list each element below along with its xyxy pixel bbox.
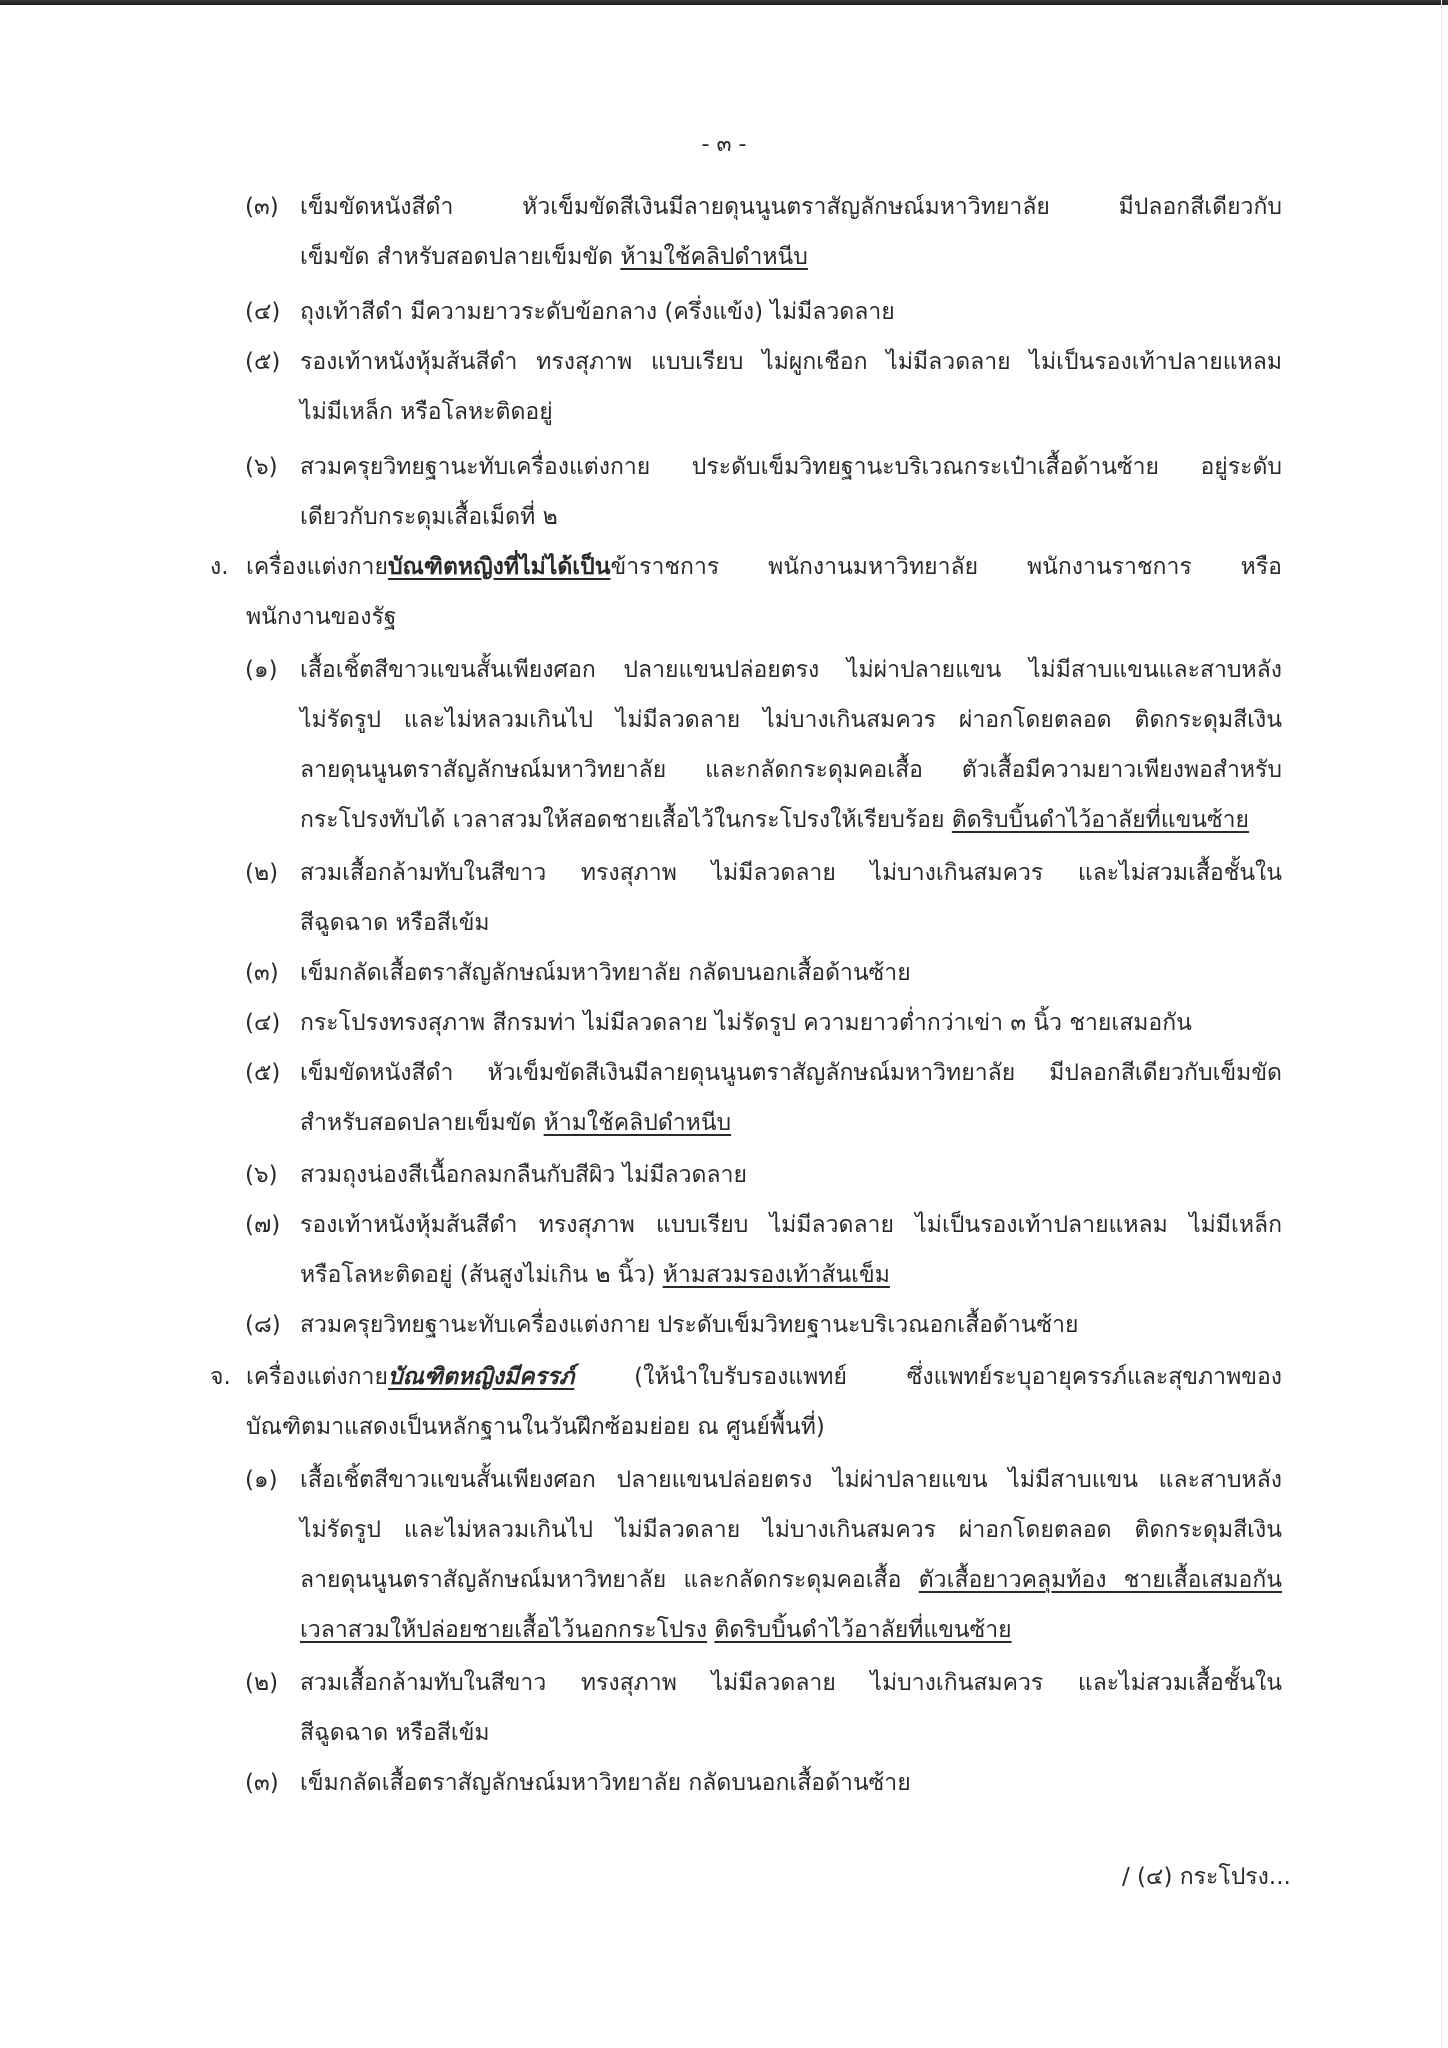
item-number: (๑) bbox=[245, 655, 278, 685]
underlined-warning: ห้ามใช้คลิปดำหนีบ bbox=[620, 244, 808, 270]
item-number: (๘) bbox=[245, 1310, 281, 1340]
item-text-part: หรือโลหะติดอยู่ (ส้นสูงไม่เกิน ๒ นิ้ว) bbox=[300, 1262, 663, 1288]
section-marker: จ. bbox=[210, 1362, 231, 1392]
item-text-part: เข็มขัด สำหรับสอดปลายเข็มขัด bbox=[300, 244, 620, 270]
item-text: ไม่รัดรูป และไม่หลวมเกินไป ไม่มีลวดลาย ไ… bbox=[300, 705, 1282, 735]
item-text: ลายดุนนูนตราสัญลักษณ์มหาวิทยาลัย และกลัด… bbox=[300, 1565, 1282, 1595]
underlined-requirement: เวลาสวมให้ปล่อยชายเสื้อไว้นอกกระโปรง bbox=[300, 1617, 707, 1643]
section-heading-prefix: เครื่องแต่งกาย bbox=[246, 554, 388, 580]
item-text: เดียวกับกระดุมเสื้อเม็ดที่ ๒ bbox=[300, 502, 558, 532]
scan-right-edge bbox=[1441, 0, 1442, 2048]
item-number: (๕) bbox=[245, 347, 280, 377]
underlined-requirement: ติดริบบิ้นดำไว้อาลัยที่แขนซ้าย bbox=[714, 1617, 1011, 1643]
item-text: เข็มขัด สำหรับสอดปลายเข็มขัด ห้ามใช้คลิป… bbox=[300, 242, 808, 272]
item-number: (๖) bbox=[245, 1160, 278, 1190]
item-text: หรือโลหะติดอยู่ (ส้นสูงไม่เกิน ๒ นิ้ว) ห… bbox=[300, 1260, 890, 1290]
item-number: (๓) bbox=[245, 958, 279, 988]
item-text: สวมเสื้อกล้ามทับในสีขาว ทรงสุภาพ ไม่มีลว… bbox=[300, 1668, 1282, 1698]
item-number: (๒) bbox=[245, 858, 278, 888]
item-number: (๔) bbox=[245, 1008, 280, 1038]
item-text: เวลาสวมให้ปล่อยชายเสื้อไว้นอกกระโปรง ติด… bbox=[300, 1615, 1012, 1645]
item-text: เข็มขัดหนังสีดำ หัวเข็มขัดสีเงินมีลายดุน… bbox=[300, 1058, 1282, 1088]
item-number: (๒) bbox=[245, 1668, 278, 1698]
item-text-part: สำหรับสอดปลายเข็มขัด bbox=[300, 1110, 544, 1136]
item-text: กระโปรงทับได้ เวลาสวมให้สอดชายเสื้อไว้ใน… bbox=[300, 805, 1249, 835]
section-marker: ง. bbox=[210, 552, 229, 582]
item-text: เสื้อเชิ้ตสีขาวแขนสั้นเพียงศอก ปลายแขนปล… bbox=[300, 655, 1282, 685]
item-text: สีฉูดฉาด หรือสีเข้ม bbox=[300, 1718, 490, 1748]
item-number: (๖) bbox=[245, 452, 278, 482]
item-number: (๓) bbox=[245, 192, 279, 222]
section-heading-line2: บัณฑิตมาแสดงเป็นหลักฐานในวันฝึกซ้อมย่อย … bbox=[246, 1412, 825, 1442]
page-continuation: / (๔) กระโปรง... bbox=[1122, 1862, 1291, 1892]
underlined-requirement: ตัวเสื้อยาวคลุมท้อง ชายเสื้อเสมอกัน bbox=[919, 1567, 1282, 1593]
item-text: สวมครุยวิทยฐานะทับเครื่องแต่งกาย ประดับเ… bbox=[300, 452, 1282, 482]
item-text: สวมครุยวิทยฐานะทับเครื่องแต่งกาย ประดับเ… bbox=[300, 1310, 1079, 1340]
item-text: ไม่รัดรูป และไม่หลวมเกินไป ไม่มีลวดลาย ไ… bbox=[300, 1515, 1282, 1545]
section-heading: เครื่องแต่งกายบัณฑิตหญิงมีครรภ์ (ให้นำใบ… bbox=[246, 1362, 1282, 1392]
item-text: ไม่มีเหล็ก หรือโลหะติดอยู่ bbox=[300, 397, 553, 427]
page-number: - ๓ - bbox=[0, 131, 1448, 159]
item-text: รองเท้าหนังหุ้มส้นสีดำ ทรงสุภาพ แบบเรียบ… bbox=[300, 347, 1282, 377]
section-heading-line2: พนักงานของรัฐ bbox=[246, 602, 397, 632]
item-text: สำหรับสอดปลายเข็มขัด ห้ามใช้คลิปดำหนีบ bbox=[300, 1108, 731, 1138]
item-text: สวมถุงน่องสีเนื้อกลมกลืนกับสีผิว ไม่มีลว… bbox=[300, 1160, 747, 1190]
item-number: (๔) bbox=[245, 297, 280, 327]
item-text-part: ลายดุนนูนตราสัญลักษณ์มหาวิทยาลัย และกลัด… bbox=[300, 1567, 919, 1593]
section-heading-emphasis: บัณฑิตหญิงมีครรภ์ bbox=[388, 1364, 574, 1390]
section-heading-suffix: (ให้นำใบรับรองแพทย์ ซึ่งแพทย์ระบุอายุครร… bbox=[574, 1364, 1282, 1390]
item-text: สีฉูดฉาด หรือสีเข้ม bbox=[300, 908, 490, 938]
item-text: เข็มกลัดเสื้อตราสัญลักษณ์มหาวิทยาลัย กลั… bbox=[300, 1768, 911, 1798]
item-number: (๕) bbox=[245, 1058, 280, 1088]
item-text: เข็มขัดหนังสีดำ หัวเข็มขัดสีเงินมีลายดุน… bbox=[300, 192, 1282, 222]
scan-top-edge bbox=[0, 0, 1448, 5]
item-text: เข็มกลัดเสื้อตราสัญลักษณ์มหาวิทยาลัย กลั… bbox=[300, 958, 911, 988]
item-number: (๑) bbox=[245, 1465, 278, 1495]
item-text: กระโปรงทรงสุภาพ สีกรมท่า ไม่มีลวดลาย ไม่… bbox=[300, 1008, 1192, 1038]
item-text: ถุงเท้าสีดำ มีความยาวระดับข้อกลาง (ครึ่ง… bbox=[300, 297, 895, 327]
item-text: รองเท้าหนังหุ้มส้นสีดำ ทรงสุภาพ แบบเรียบ… bbox=[300, 1210, 1282, 1240]
underlined-warning: ห้ามใช้คลิปดำหนีบ bbox=[544, 1110, 732, 1136]
item-text: เสื้อเชิ้ตสีขาวแขนสั้นเพียงศอก ปลายแขนปล… bbox=[300, 1465, 1282, 1495]
section-heading-suffix: ข้าราชการ พนักงานมหาวิทยาลัย พนักงานราชก… bbox=[611, 554, 1283, 580]
item-text: ลายดุนนูนตราสัญลักษณ์มหาวิทยาลัย และกลัด… bbox=[300, 755, 1282, 785]
item-text: สวมเสื้อกล้ามทับในสีขาว ทรงสุภาพ ไม่มีลว… bbox=[300, 858, 1282, 888]
section-heading-emphasis: บัณฑิตหญิงที่ไม่ได้เป็น bbox=[388, 554, 611, 580]
item-number: (๗) bbox=[245, 1210, 280, 1240]
section-heading-prefix: เครื่องแต่งกาย bbox=[246, 1364, 388, 1390]
underlined-requirement: ติดริบบิ้นดำไว้อาลัยที่แขนซ้าย bbox=[952, 807, 1249, 833]
item-text-part: กระโปรงทับได้ เวลาสวมให้สอดชายเสื้อไว้ใน… bbox=[300, 807, 952, 833]
underlined-warning: ห้ามสวมรองเท้าส้นเข็ม bbox=[663, 1262, 890, 1288]
section-heading: เครื่องแต่งกายบัณฑิตหญิงที่ไม่ได้เป็นข้า… bbox=[246, 552, 1282, 582]
item-number: (๓) bbox=[245, 1768, 279, 1798]
